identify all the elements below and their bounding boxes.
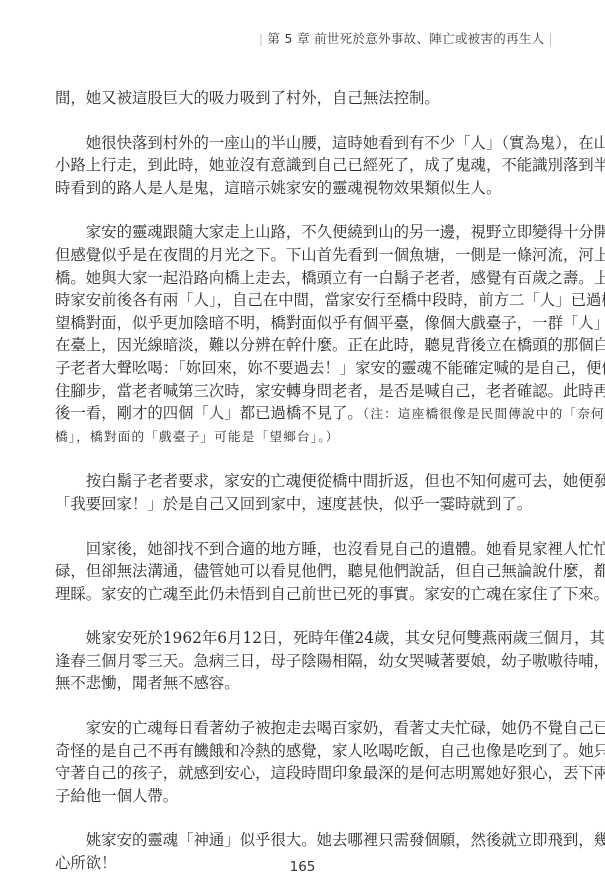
running-header: |第 5 章 前世死於意外事故、陣亡或被害的再生人|	[255, 29, 557, 47]
paragraph-6: 姚家安死於1962年6月12日，死時年僅24歲，其女兒何雙燕兩歲三個月，其幼子何…	[55, 627, 557, 695]
text-line: 家安的亡魂每日看著幼子被抱走去喝百家奶，看著丈夫忙碌，她仍不覺自己已死，	[55, 717, 557, 740]
text-line: 理睬。家安的亡魂至此仍未悟到自己前世已死的事實。家安的亡魂在家住了下來。	[55, 583, 557, 606]
text-line: 她很快落到村外的一座山的半山腰，這時她看到有不少「人」（實為鬼），在山中	[55, 132, 557, 155]
text-line: 在臺上，因光線暗淡，難以分辨在幹什麼。正在此時，聽見背後立在橋頭的那個白鬍	[55, 334, 557, 357]
text-line: 家安的靈魂跟隨大家走上山路，不久便繞到山的另一邊，視野立即變得十分開闊，	[55, 221, 557, 244]
header-divider-left: |	[259, 31, 264, 46]
paragraph-3: 家安的靈魂跟隨大家走上山路，不久便繞到山的另一邊，視野立即變得十分開闊， 但感覺…	[55, 221, 557, 448]
text-segment: 後一看，剛才的四個「人」都已過橋不見了。	[55, 404, 363, 422]
paragraph-1: 間，她又被這股巨大的吸力吸到了村外，自己無法控制。	[55, 87, 557, 110]
text-line: 後一看，剛才的四個「人」都已過橋不見了。（注：這座橋很像是民間傳說中的「奈何	[55, 402, 557, 426]
text-line: 無不悲慟，聞者無不感容。	[55, 672, 557, 695]
text-line: 望橋對面，似乎更加陰暗不明，橋對面似乎有個平臺，像個大戲臺子，一群「人」正站	[55, 312, 557, 335]
text-line: 按白鬍子老者要求，家安的亡魂便從橋中間折返，但也不知何處可去，她便發願：	[55, 470, 557, 493]
text-line: 「我要回家！」於是自己又回到家中，速度甚快，似乎一霎時就到了。	[55, 493, 557, 516]
text-line: 奇怪的是自己不再有饑餓和冷熱的感覺，家人吆喝吃飯，自己也像是吃到了。她只要能	[55, 740, 557, 763]
text-line: 間，她又被這股巨大的吸力吸到了村外，自己無法控制。	[55, 87, 557, 110]
text-line: 橋。她與大家一起沿路向橋上走去，橋頭立有一白鬍子老者，感覺有百歲之壽。上橋	[55, 267, 557, 290]
text-line: 姚家安的靈魂「神通」似乎很大。她去哪裡只需發個願，然後就立即飛到，幾乎隨	[55, 829, 557, 852]
text-line: 時看到的路人是人是鬼，這暗示姚家安的靈魂視物效果類似生人。	[55, 177, 557, 200]
editor-note: （注：這座橋很像是民間傳說中的「奈何	[363, 406, 605, 421]
text-line: 逢春三個月零三天。急病三日，母子陰陽相隔，幼女哭喊著要娘，幼子嗷嗷待哺，親人	[55, 650, 557, 673]
header-divider-right: |	[548, 31, 553, 46]
text-line: 回家後，她卻找不到合適的地方睡，也沒看見自己的遺體。她看見家裡人忙忙碌	[55, 538, 557, 561]
editor-note-line: 橋」，橋對面的「戲臺子」可能是「望鄉台」。）	[55, 426, 557, 449]
text-line: 子老者大聲吆喝：「妳回來，妳不要過去！」家安的靈魂不能確定喊的是自己，便停	[55, 357, 557, 380]
text-line: 小路上行走，到此時，她並沒有意識到自己已經死了，成了鬼魂，不能識別落到半山腰	[55, 154, 557, 177]
text-line: 子給他一個人帶。	[55, 785, 557, 808]
paragraph-5: 回家後，她卻找不到合適的地方睡，也沒看見自己的遺體。她看見家裡人忙忙碌 碌，但卻…	[55, 538, 557, 606]
paragraph-7: 家安的亡魂每日看著幼子被抱走去喝百家奶，看著丈夫忙碌，她仍不覺自己已死， 奇怪的…	[55, 717, 557, 807]
text-line: 時家安前後各有兩「人」，自己在中間，當家安行至橋中段時，前方二「人」已過橋。	[55, 289, 557, 312]
text-line: 守著自己的孩子，就感到安心，這段時間印象最深的是何志明罵她好狠心，丟下兩個孩	[55, 762, 557, 785]
text-line: 但感覺似乎是在夜間的月光之下。下山首先看到一個魚塘，一側是一條河流，河上有石	[55, 244, 557, 267]
text-line: 住腳步，當老者喊第三次時，家安轉身問老者，是否是喊自己，老者確認。此時再前	[55, 380, 557, 403]
body-text: 間，她又被這股巨大的吸力吸到了村外，自己無法控制。 她很快落到村外的一座山的半山…	[55, 87, 557, 896]
text-line: 姚家安死於1962年6月12日，死時年僅24歲，其女兒何雙燕兩歲三個月，其幼子何	[55, 627, 557, 650]
paragraph-2: 她很快落到村外的一座山的半山腰，這時她看到有不少「人」（實為鬼），在山中 小路上…	[55, 132, 557, 200]
paragraph-4: 按白鬍子老者要求，家安的亡魂便從橋中間折返，但也不知何處可去，她便發願： 「我要…	[55, 470, 557, 515]
page-number: 165	[0, 859, 605, 875]
chapter-title: 第 5 章 前世死於意外事故、陣亡或被害的再生人	[267, 31, 544, 46]
text-line: 碌，但卻無法溝通，儘管她可以看見他們，聽見他們說話，但自己無論說什麼，都無人	[55, 560, 557, 583]
